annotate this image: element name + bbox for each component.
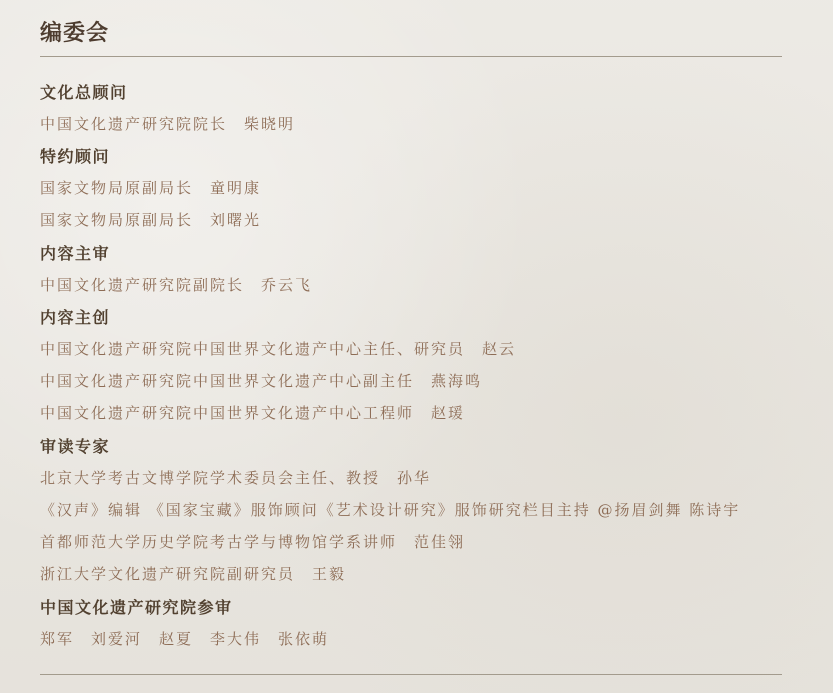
member-entry-zhao-yuan: 中国文化遗产研究院中国世界文化遗产中心工程师 赵瑗	[40, 397, 782, 429]
member-entry-tong-mingkang: 国家文物局原副局长 童明康	[40, 172, 782, 204]
section-heading-content-creators: 内容主创	[40, 300, 782, 332]
section-heading-cultural-chief-advisor: 文化总顾问	[40, 75, 782, 107]
member-entry-yan-haiming: 中国文化遗产研究院中国世界文化遗产中心副主任 燕海鸣	[40, 365, 782, 397]
member-entry-liu-shuguang: 国家文物局原副局长 刘曙光	[40, 204, 782, 236]
bottom-divider	[40, 674, 782, 675]
member-entry-fan-jialing: 首都师范大学历史学院考古学与博物馆学系讲师 范佳翎	[40, 526, 782, 558]
member-entry-chai-xiaoming: 中国文化遗产研究院院长 柴晓明	[40, 107, 782, 139]
member-entry-qiao-yunfei: 中国文化遗产研究院副院长 乔云飞	[40, 268, 782, 300]
section-heading-review-experts: 审读专家	[40, 429, 782, 461]
credits-list: 文化总顾问 中国文化遗产研究院院长 柴晓明 特约顾问 国家文物局原副局长 童明康…	[40, 57, 782, 654]
page-title: 编委会	[40, 20, 782, 46]
section-heading-institute-co-reviewers: 中国文化遗产研究院参审	[40, 590, 782, 622]
member-entry-zhao-yun: 中国文化遗产研究院中国世界文化遗产中心主任、研究员 赵云	[40, 333, 782, 365]
member-entry-sun-hua: 北京大学考古文博学院学术委员会主任、教授 孙华	[40, 461, 782, 493]
section-heading-content-chief-reviewer: 内容主审	[40, 236, 782, 268]
member-entry-co-reviewer-names: 郑军 刘爱河 赵夏 李大伟 张依萌	[40, 622, 782, 654]
section-heading-special-advisors: 特约顾问	[40, 139, 782, 171]
member-entry-chen-shiyu: 《汉声》编辑 《国家宝藏》服饰顾问《艺术设计研究》服饰研究栏目主持 @扬眉剑舞 …	[40, 493, 782, 525]
editorial-board-page: 编委会 文化总顾问 中国文化遗产研究院院长 柴晓明 特约顾问 国家文物局原副局长…	[0, 0, 833, 693]
member-entry-wang-yi: 浙江大学文化遗产研究院副研究员 王毅	[40, 558, 782, 590]
